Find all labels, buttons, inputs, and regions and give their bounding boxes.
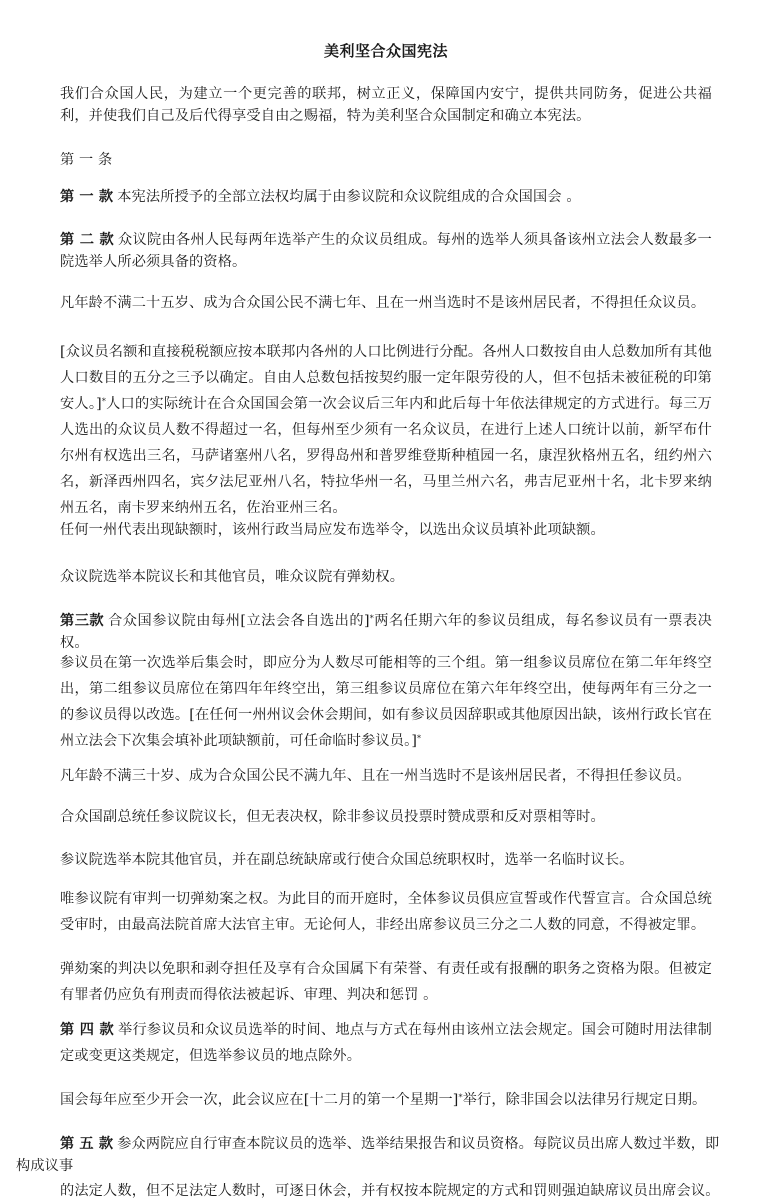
footnote-mark: * (459, 1093, 463, 1102)
paragraph: 众议院选举本院议长和其他官员，唯众议院有弹劾权。 (60, 566, 712, 588)
document-title: 美利坚合众国宪法 (0, 40, 772, 61)
section-label: 第三款 (60, 613, 104, 629)
paragraph-senate-classes: 参议员在第一次选举后集会时，即应分为人数尽可能相等的三个组。第一组参议员席位在第… (60, 650, 712, 754)
paragraph-text: 参议员在第一次选举后集会时，即应分为人数尽可能相等的三个组。第一组参议员席位在第… (60, 655, 712, 749)
section-5-wrap: 构成议事 (16, 1155, 668, 1177)
document-page: 美利坚合众国宪法 我们合众国人民，为建立一个更完善的联邦，树立正义，保障国内安宁… (0, 0, 772, 1200)
footnote-mark: * (417, 734, 421, 743)
paragraph: 凡年龄不满二十五岁、成为合众国公民不满七年、且在一州当选时不是该州居民者，不得担… (60, 292, 712, 314)
paragraph-text: 国会每年应至少开会一次，此会议应在[十二月的第一个星期一] (60, 1092, 459, 1108)
section-4: 第 四 款举行参议员和众议员选举的时间、地点与方式在每州由该州立法会规定。国会可… (60, 1017, 712, 1069)
section-label: 第 一 款 (60, 189, 113, 205)
paragraph-apportionment: [众议员名额和直接税税额应按本联邦内各州的人口比例进行分配。各州人口数按自由人总… (60, 339, 712, 521)
paragraph: 参议院选举本院其他官员，并在副总统缺席或行使合众国总统职权时，选举一名临时议长。 (60, 849, 712, 871)
section-text: 参众两院应自行审查本院议员的选举、选举结果报告和议员资格。每院议员出席人数过半数… (117, 1136, 719, 1152)
paragraph: 合众国副总统任参议院议长，但无表决权，除非参议员投票时赞成票和反对票相等时。 (60, 806, 712, 828)
section-label: 第 二 款 (60, 232, 114, 248)
paragraph: 凡年龄不满三十岁、成为合众国公民不满九年、且在一州当选时不是该州居民者，不得担任… (60, 765, 712, 787)
paragraph-text: 举行，除非国会以法律另行规定日期。 (463, 1092, 707, 1108)
section-5-continued: 的法定人数，但不足法定人数时，可逐日休会，并有权按本院规定的方式和罚则强迫缺席议… (60, 1180, 712, 1200)
paragraph-text: 人口的实际统计在合众国国会第一次会议后三年内和此后每十年依法律规定的方式进行。每… (60, 396, 712, 516)
section-3: 第三款合众国参议院由每州[立法会各自选出的]*两名任期六年的参议员组成，每名参议… (60, 610, 712, 654)
paragraph: 弹劾案的判决以免职和剥夺担任及享有合众国属下有荣誉、有责任或有报酬的职务之资格为… (60, 956, 712, 1008)
section-1: 第 一 款本宪法所授予的全部立法权均属于由参议院和众议院组成的合众国国会 。 (60, 186, 712, 208)
footnote-mark: * (102, 397, 106, 406)
section-2: 第 二 款众议院由各州人民每两年选举产生的众议员组成。每州的选举人须具备该州立法… (60, 229, 712, 273)
paragraph: 任何一州代表出现缺额时，该州行政当局应发布选举令，以选出众议员填补此项缺额。 (60, 519, 712, 541)
section-label: 第 四 款 (60, 1022, 114, 1038)
section-text: 举行参议员和众议员选举的时间、地点与方式在每州由该州立法会规定。国会可随时用法律… (60, 1022, 712, 1064)
section-5: 第 五 款参众两院应自行审查本院议员的选举、选举结果报告和议员资格。每院议员出席… (60, 1133, 712, 1155)
section-text: 众议院由各州人民每两年选举产生的众议员组成。每州的选举人须具备该州立法会人数最多… (60, 232, 712, 270)
preamble: 我们合众国人民，为建立一个更完善的联邦，树立正义，保障国内安宁，提供共同防务，促… (60, 83, 712, 127)
section-label: 第 五 款 (60, 1136, 113, 1152)
section-text: 合众国参议院由每州[立法会各自选出的] (108, 613, 370, 629)
paragraph: 唯参议院有审判一切弹劾案之权。为此目的而开庭时，全体参议员俱应宣誓或作代誓宣言。… (60, 886, 712, 938)
article-heading: 第 一 条 (60, 149, 712, 171)
section-text: 本宪法所授予的全部立法权均属于由参议院和众议院组成的合众国国会 。 (117, 189, 580, 205)
footnote-mark: * (370, 614, 374, 623)
paragraph-assembly: 国会每年应至少开会一次，此会议应在[十二月的第一个星期一]*举行，除非国会以法律… (60, 1089, 712, 1111)
